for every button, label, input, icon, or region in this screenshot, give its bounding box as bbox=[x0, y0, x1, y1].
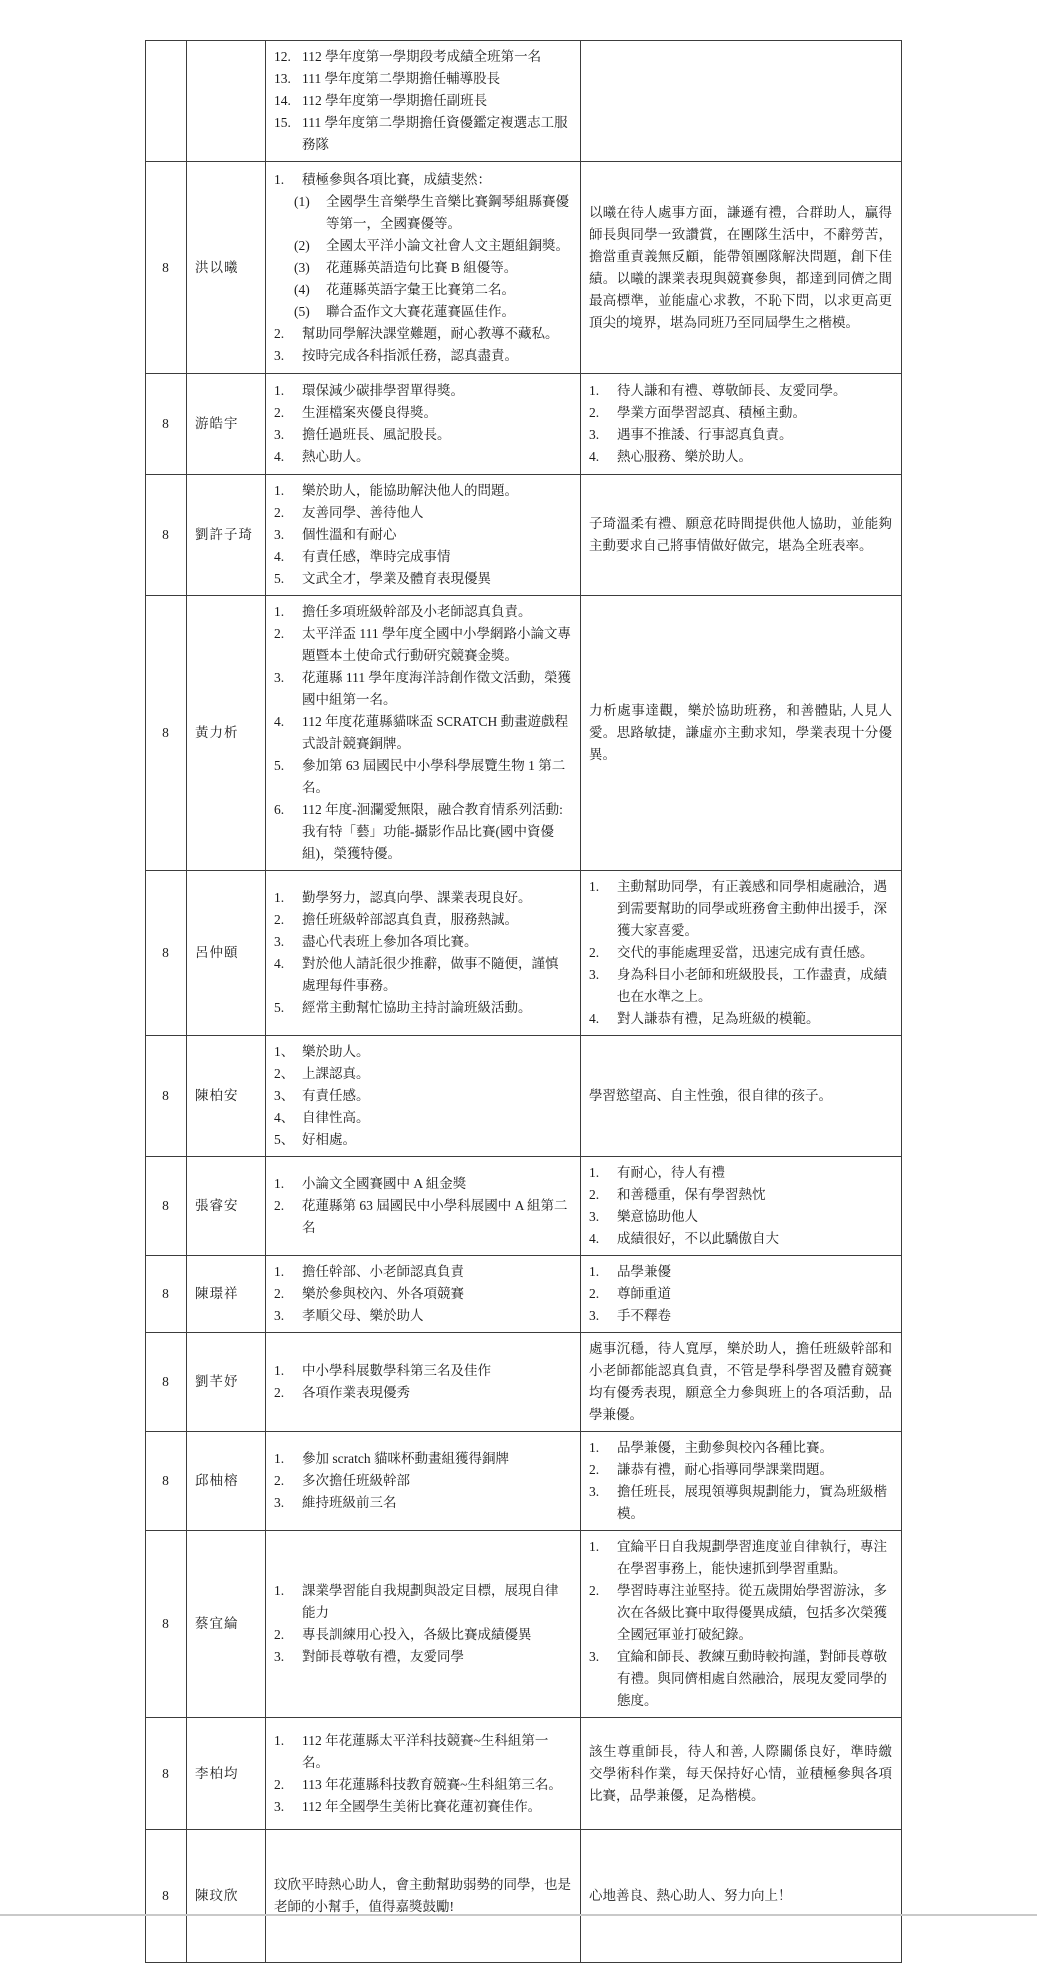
list-item-text: 友善同學、善待他人 bbox=[302, 502, 571, 524]
paragraph: 以曦在待人處事方面，謙遜有禮，合群助人，贏得師長與同學一致讚賞，在團隊生活中，不… bbox=[589, 202, 892, 334]
list-item-number: 2. bbox=[589, 402, 617, 424]
list-item-text: 品學兼優 bbox=[617, 1261, 892, 1283]
list-item: 2.和善穩重，保有學習熱忱 bbox=[589, 1184, 892, 1206]
list-item-text: 按時完成各科指派任務，認真盡責。 bbox=[302, 345, 571, 367]
list-item-text: 111 學年度第二學期擔任輔導股長 bbox=[302, 68, 571, 90]
list-item-text: 參加 scratch 貓咪杯動畫組獲得銅牌 bbox=[302, 1448, 571, 1470]
list-item-text: 品學兼優，主動參與校內各種比賽。 bbox=[617, 1437, 892, 1459]
list-item-text: 成績很好，不以此驕傲自大 bbox=[617, 1228, 892, 1250]
list-item-number: 13. bbox=[274, 68, 302, 90]
list-item: 2.幫助同學解決課堂難題，耐心教導不藏私。 bbox=[274, 323, 571, 345]
list-item-text: 遇事不推諉、行事認真負責。 bbox=[617, 424, 892, 446]
list-item: 2.太平洋盃 111 學年度全國中小學網路小論文專題暨本土使命式行動研究競賽金獎… bbox=[274, 623, 571, 667]
comments-cell: 1.宜綸平日自我規劃學習進度並自律執行，專注在學習事務上，能快速抓到學習重點。2… bbox=[581, 1531, 902, 1718]
list-item: 3.孝順父母、樂於助人 bbox=[274, 1305, 571, 1327]
grade-value: 8 bbox=[162, 527, 169, 542]
student-name: 洪以曦 bbox=[195, 260, 239, 275]
list-item-text: 盡心代表班上參加各項比賽。 bbox=[302, 931, 571, 953]
list-item-number: 2. bbox=[274, 402, 302, 424]
list-item-number: 4. bbox=[274, 446, 302, 468]
achievements-cell: 1.課業學習能自我規劃與設定目標，展現自律能力2.專長訓練用心投入，各級比賽成績… bbox=[266, 1531, 581, 1718]
comments-cell: 力析處事達觀，樂於協助班務，和善體貼, 人見人愛。思路敏捷，謙虛亦主動求知，學業… bbox=[581, 596, 902, 871]
list-item-number: 2. bbox=[274, 909, 302, 931]
list-item-number: 5. bbox=[274, 997, 302, 1019]
list-item: 1.112 年花蓮縣太平洋科技競賽~生科組第一名。 bbox=[274, 1730, 571, 1774]
student-name: 邱柚榕 bbox=[195, 1473, 239, 1488]
list-item-text: 宜綸和師長、教練互動時較拘謹，對師長尊敬有禮。與同儕相處自然融洽，展現友愛同學的… bbox=[617, 1646, 892, 1712]
grade-cell: 8 bbox=[146, 1718, 187, 1830]
table-row: 8 劉芊妤 1.中小學科展數學科第三名及佳作2.各項作業表現優秀 處事沉穩，待人… bbox=[146, 1333, 902, 1432]
table-row: 8 陳玟欣 玟欣平時熱心助人，會主動幫助弱勢的同學，也是老師的小幫手，值得嘉獎鼓… bbox=[146, 1830, 902, 1963]
comments-cell bbox=[581, 41, 902, 162]
achievements-cell: 1.參加 scratch 貓咪杯動畫組獲得銅牌2.多次擔任班級幹部3.維持班級前… bbox=[266, 1432, 581, 1531]
list-item-number: 3. bbox=[589, 1305, 617, 1327]
comments-cell: 子琦溫柔有禮、願意花時間提供他人協助，並能夠主動要求自己將事情做好做完，堪為全班… bbox=[581, 475, 902, 596]
list-item-number: (4) bbox=[294, 279, 326, 301]
list-item: (3)花蓮縣英語造句比賽 B 組優等。 bbox=[274, 257, 571, 279]
paragraph: 子琦溫柔有禮、願意花時間提供他人協助，並能夠主動要求自己將事情做好做完，堪為全班… bbox=[589, 513, 892, 557]
achievements-cell: 玟欣平時熱心助人，會主動幫助弱勢的同學，也是老師的小幫手，值得嘉獎鼓勵! bbox=[266, 1830, 581, 1963]
list-item-number: 2. bbox=[274, 323, 302, 345]
list-item: 1.主動幫助同學，有正義感和同學相處融洽，遇到需要幫助的同學或班務會主動伸出援手… bbox=[589, 876, 892, 942]
list-item-text: 有責任感。 bbox=[302, 1085, 571, 1107]
comments-cell: 1.主動幫助同學，有正義感和同學相處融洽，遇到需要幫助的同學或班務會主動伸出援手… bbox=[581, 871, 902, 1036]
list-item-number: 2. bbox=[589, 1459, 617, 1481]
list-item-text: 對於他人請託很少推辭，做事不隨便，謹慎處理每件事務。 bbox=[302, 953, 571, 997]
list-item-number: 2. bbox=[589, 1184, 617, 1206]
list-item: 2.擔任班級幹部認真負責，服務熱誠。 bbox=[274, 909, 571, 931]
list-item: 3.擔任過班長、風記股長。 bbox=[274, 424, 571, 446]
list-item-number: 2、 bbox=[274, 1063, 302, 1085]
list-item-number: 2. bbox=[274, 1774, 302, 1796]
achievements-cell: 1.小論文全國賽國中 A 組金獎2.花蓮縣第 63 屆國民中小學科展國中 A 組… bbox=[266, 1157, 581, 1256]
student-award-table-wrap: 12.112 學年度第一學期段考成績全班第一名13.111 學年度第二學期擔任輔… bbox=[145, 40, 901, 1963]
student-award-table: 12.112 學年度第一學期段考成績全班第一名13.111 學年度第二學期擔任輔… bbox=[145, 40, 902, 1963]
list-item-text: 樂於參與校內、外各項競賽 bbox=[302, 1283, 571, 1305]
achievements-cell: 12.112 學年度第一學期段考成績全班第一名13.111 學年度第二學期擔任輔… bbox=[266, 41, 581, 162]
list-item: 3.112 年全國學生美術比賽花蓮初賽佳作。 bbox=[274, 1796, 571, 1818]
list-item-text: 生涯檔案夾優良得獎。 bbox=[302, 402, 571, 424]
list-item-number: 1. bbox=[274, 1730, 302, 1752]
list-item-text: 112 學年度第一學期擔任副班長 bbox=[302, 90, 571, 112]
grade-value: 8 bbox=[162, 1198, 169, 1213]
grade-value: 8 bbox=[162, 1616, 169, 1631]
list-item-text: 學習時專注並堅持。從五歲開始學習游泳，多次在各級比賽中取得優異成績，包括多次榮獲… bbox=[617, 1580, 892, 1646]
list-item: 15.111 學年度第二學期擔任資優鑑定複選志工服務隊 bbox=[274, 112, 571, 156]
list-item: 2.113 年花蓮縣科技教育競賽~生科組第三名。 bbox=[274, 1774, 571, 1796]
list-item: 4.成績很好，不以此驕傲自大 bbox=[589, 1228, 892, 1250]
student-name-cell: 陳玟欣 bbox=[187, 1830, 266, 1963]
comments-cell: 心地善良、熱心助人、努力向上！ bbox=[581, 1830, 902, 1963]
list-item: 3.擔任班長，展現領導與規劃能力，實為班級楷模。 bbox=[589, 1481, 892, 1525]
list-item-text: 全國太平洋小論文社會人文主題組銅獎。 bbox=[326, 235, 571, 257]
grade-value: 8 bbox=[162, 1374, 169, 1389]
list-item-number: 5. bbox=[274, 568, 302, 590]
list-item-number: 1. bbox=[274, 601, 302, 623]
achievements-cell: 1.環保減少碳排學習單得獎。2.生涯檔案夾優良得獎。3.擔任過班長、風記股長。4… bbox=[266, 374, 581, 475]
student-name: 劉許子琦 bbox=[195, 527, 253, 542]
list-item-number: 2. bbox=[274, 1624, 302, 1646]
student-name: 陳柏安 bbox=[195, 1088, 239, 1103]
list-item: 3.樂意協助他人 bbox=[589, 1206, 892, 1228]
list-item-text: 各項作業表現優秀 bbox=[302, 1382, 571, 1404]
list-item-number: 1. bbox=[274, 1173, 302, 1195]
list-item: 1.擔任多項班級幹部及小老師認真負責。 bbox=[274, 601, 571, 623]
list-item: 2.學業方面學習認真、積極主動。 bbox=[589, 402, 892, 424]
list-item-number: 3. bbox=[274, 1492, 302, 1514]
grade-value: 8 bbox=[162, 1088, 169, 1103]
list-item-text: 好相處。 bbox=[302, 1129, 571, 1151]
page-bottom-divider bbox=[0, 1914, 1037, 1916]
list-item: 1、樂於助人。 bbox=[274, 1041, 571, 1063]
list-item-text: 個性溫和有耐心 bbox=[302, 524, 571, 546]
list-item-number: 2. bbox=[589, 1283, 617, 1305]
table-row: 12.112 學年度第一學期段考成績全班第一名13.111 學年度第二學期擔任輔… bbox=[146, 41, 902, 162]
list-item: 2.生涯檔案夾優良得獎。 bbox=[274, 402, 571, 424]
list-item: 2.尊師重道 bbox=[589, 1283, 892, 1305]
list-item: 3.對師長尊敬有禮，友愛同學 bbox=[274, 1646, 571, 1668]
student-name-cell: 劉芊妤 bbox=[187, 1333, 266, 1432]
list-item-number: 1. bbox=[274, 1448, 302, 1470]
list-item-text: 有責任感，準時完成事情 bbox=[302, 546, 571, 568]
list-item-text: 對師長尊敬有禮，友愛同學 bbox=[302, 1646, 571, 1668]
list-item-number: 5. bbox=[274, 755, 302, 777]
list-item: 3.維持班級前三名 bbox=[274, 1492, 571, 1514]
comments-cell: 學習慾望高、自主性強，很自律的孩子。 bbox=[581, 1036, 902, 1157]
table-row: 8 張睿安 1.小論文全國賽國中 A 組金獎2.花蓮縣第 63 屆國民中小學科展… bbox=[146, 1157, 902, 1256]
list-item-text: 自律性高。 bbox=[302, 1107, 571, 1129]
grade-cell: 8 bbox=[146, 1036, 187, 1157]
list-item-number: 3. bbox=[274, 424, 302, 446]
list-item: 2.樂於參與校內、外各項競賽 bbox=[274, 1283, 571, 1305]
student-name: 蔡宜綸 bbox=[195, 1616, 239, 1631]
grade-cell: 8 bbox=[146, 1157, 187, 1256]
list-item-text: 小論文全國賽國中 A 組金獎 bbox=[302, 1173, 571, 1195]
list-item-number: 15. bbox=[274, 112, 302, 134]
achievements-cell: 1.擔任多項班級幹部及小老師認真負責。2.太平洋盃 111 學年度全國中小學網路… bbox=[266, 596, 581, 871]
list-item: 4.有責任感，準時完成事情 bbox=[274, 546, 571, 568]
list-item-text: 尊師重道 bbox=[617, 1283, 892, 1305]
list-item: 1.勤學努力，認真向學、課業表現良好。 bbox=[274, 887, 571, 909]
list-item-text: 積極參與各項比賽，成績斐然： bbox=[302, 169, 571, 191]
student-name-cell: 陳柏安 bbox=[187, 1036, 266, 1157]
list-item: (4)花蓮縣英語字彙王比賽第二名。 bbox=[274, 279, 571, 301]
list-item-text: 112 年度-洄瀾愛無限，融合教育情系列活動:我有特「藝」功能-攝影作品比賽(國… bbox=[302, 799, 571, 865]
list-item: 1.樂於助人，能協助解決他人的問題。 bbox=[274, 480, 571, 502]
list-item: 3.盡心代表班上參加各項比賽。 bbox=[274, 931, 571, 953]
list-item-text: 參加第 63 屆國民中小學科學展覽生物 1 第二名。 bbox=[302, 755, 571, 799]
list-item-number: 1. bbox=[589, 876, 617, 898]
list-item: 2.花蓮縣第 63 屆國民中小學科展國中 A 組第二名 bbox=[274, 1195, 571, 1239]
list-item: 13.111 學年度第二學期擔任輔導股長 bbox=[274, 68, 571, 90]
list-item-number: 3. bbox=[589, 1206, 617, 1228]
comments-cell: 1.有耐心，待人有禮2.和善穩重，保有學習熱忱3.樂意協助他人4.成績很好，不以… bbox=[581, 1157, 902, 1256]
list-item-number: 12. bbox=[274, 46, 302, 68]
list-item-text: 擔任過班長、風記股長。 bbox=[302, 424, 571, 446]
list-item-text: 熱心服務、樂於助人。 bbox=[617, 446, 892, 468]
list-item-text: 多次擔任班級幹部 bbox=[302, 1470, 571, 1492]
list-item: 4.112 年度花蓮縣貓咪盃 SCRATCH 動畫遊戲程式設計競賽銅牌。 bbox=[274, 711, 571, 755]
list-item-text: 樂於助人。 bbox=[302, 1041, 571, 1063]
paragraph: 處事沉穩，待人寬厚，樂於助人，擔任班級幹部和小老師都能認真負責，不管是學科學習及… bbox=[589, 1338, 892, 1426]
list-item-number: 2. bbox=[589, 942, 617, 964]
list-item: 2.學習時專注並堅持。從五歲開始學習游泳，多次在各級比賽中取得優異成績，包括多次… bbox=[589, 1580, 892, 1646]
list-item: 1.品學兼優 bbox=[589, 1261, 892, 1283]
table-row: 8 游皓宇 1.環保減少碳排學習單得獎。2.生涯檔案夾優良得獎。3.擔任過班長、… bbox=[146, 374, 902, 475]
list-item-text: 111 學年度第二學期擔任資優鑑定複選志工服務隊 bbox=[302, 112, 571, 156]
achievements-cell: 1.樂於助人，能協助解決他人的問題。2.友善同學、善待他人3.個性溫和有耐心4.… bbox=[266, 475, 581, 596]
list-item-text: 謙恭有禮，耐心指導同學課業問題。 bbox=[617, 1459, 892, 1481]
table-row: 8 邱柚榕 1.參加 scratch 貓咪杯動畫組獲得銅牌2.多次擔任班級幹部3… bbox=[146, 1432, 902, 1531]
list-item-number: 1. bbox=[274, 1580, 302, 1602]
list-item-number: 3. bbox=[589, 1646, 617, 1668]
list-item: 5、好相處。 bbox=[274, 1129, 571, 1151]
list-item-number: 5、 bbox=[274, 1129, 302, 1151]
table-row: 8 蔡宜綸 1.課業學習能自我規劃與設定目標，展現自律能力2.專長訓練用心投入，… bbox=[146, 1531, 902, 1718]
list-item-text: 孝順父母、樂於助人 bbox=[302, 1305, 571, 1327]
table-row: 8 洪以曦 1.積極參與各項比賽，成績斐然：(1)全國學生音樂學生音樂比賽鋼琴組… bbox=[146, 162, 902, 374]
list-item-text: 宜綸平日自我規劃學習進度並自律執行，專注在學習事務上，能快速抓到學習重點。 bbox=[617, 1536, 892, 1580]
list-item-text: 聯合盃作文大賽花蓮賽區佳作。 bbox=[326, 301, 571, 323]
achievements-cell: 1.112 年花蓮縣太平洋科技競賽~生科組第一名。2.113 年花蓮縣科技教育競… bbox=[266, 1718, 581, 1830]
grade-value: 8 bbox=[162, 1888, 169, 1903]
list-item: (2)全國太平洋小論文社會人文主題組銅獎。 bbox=[274, 235, 571, 257]
list-item-number: 1. bbox=[274, 1360, 302, 1382]
list-item-number: 1. bbox=[589, 380, 617, 402]
list-item: 2、上課認真。 bbox=[274, 1063, 571, 1085]
grade-value: 8 bbox=[162, 416, 169, 431]
list-item-number: 3. bbox=[589, 964, 617, 986]
list-item-number: 3. bbox=[274, 1796, 302, 1818]
student-name: 游皓宇 bbox=[195, 416, 239, 431]
list-item-text: 全國學生音樂學生音樂比賽鋼琴組縣賽優等第一，全國賽優等。 bbox=[326, 191, 571, 235]
list-item-text: 學業方面學習認真、積極主動。 bbox=[617, 402, 892, 424]
list-item-number: 2. bbox=[274, 1382, 302, 1404]
student-name-cell: 張睿安 bbox=[187, 1157, 266, 1256]
list-item-text: 樂意協助他人 bbox=[617, 1206, 892, 1228]
table-row: 8 李柏均 1.112 年花蓮縣太平洋科技競賽~生科組第一名。2.113 年花蓮… bbox=[146, 1718, 902, 1830]
list-item-number: 4. bbox=[589, 1008, 617, 1030]
list-item: 4.熱心服務、樂於助人。 bbox=[589, 446, 892, 468]
list-item: 1.積極參與各項比賽，成績斐然： bbox=[274, 169, 571, 191]
list-item-number: 1、 bbox=[274, 1041, 302, 1063]
list-item-number: 3. bbox=[274, 931, 302, 953]
list-item: 3.身為科目小老師和班級股長，工作盡責，成績也在水準之上。 bbox=[589, 964, 892, 1008]
list-item: 3.宜綸和師長、教練互動時較拘謹，對師長尊敬有禮。與同儕相處自然融洽，展現友愛同… bbox=[589, 1646, 892, 1712]
list-item-text: 112 年全國學生美術比賽花蓮初賽佳作。 bbox=[302, 1796, 571, 1818]
list-item-text: 花蓮縣第 63 屆國民中小學科展國中 A 組第二名 bbox=[302, 1195, 571, 1239]
achievements-cell: 1、樂於助人。2、上課認真。3、有責任感。4、自律性高。5、好相處。 bbox=[266, 1036, 581, 1157]
list-item-text: 花蓮縣英語造句比賽 B 組優等。 bbox=[326, 257, 571, 279]
grade-cell: 8 bbox=[146, 871, 187, 1036]
student-name: 李柏均 bbox=[195, 1766, 239, 1781]
achievements-cell: 1.勤學努力，認真向學、課業表現良好。2.擔任班級幹部認真負責，服務熱誠。3.盡… bbox=[266, 871, 581, 1036]
grade-cell: 8 bbox=[146, 596, 187, 871]
achievements-cell: 1.擔任幹部、小老師認真負責2.樂於參與校內、外各項競賽3.孝順父母、樂於助人 bbox=[266, 1256, 581, 1333]
student-name-cell: 劉許子琦 bbox=[187, 475, 266, 596]
list-item-number: 3. bbox=[589, 424, 617, 446]
list-item-number: 1. bbox=[274, 169, 302, 191]
list-item-text: 熱心助人。 bbox=[302, 446, 571, 468]
list-item-number: 1. bbox=[589, 1162, 617, 1184]
grade-cell: 8 bbox=[146, 1531, 187, 1718]
list-item: 2.謙恭有禮，耐心指導同學課業問題。 bbox=[589, 1459, 892, 1481]
list-item-number: 4. bbox=[274, 953, 302, 975]
paragraph: 玟欣平時熱心助人，會主動幫助弱勢的同學，也是老師的小幫手，值得嘉獎鼓勵! bbox=[274, 1874, 571, 1918]
grade-value: 8 bbox=[162, 1766, 169, 1781]
list-item-number: 2. bbox=[274, 1195, 302, 1217]
list-item-text: 擔任班級幹部認真負責，服務熱誠。 bbox=[302, 909, 571, 931]
list-item: 3.個性溫和有耐心 bbox=[274, 524, 571, 546]
list-item-text: 待人謙和有禮、尊敬師長、友愛同學。 bbox=[617, 380, 892, 402]
list-item: 5.文武全才，學業及體育表現優異 bbox=[274, 568, 571, 590]
student-name-cell bbox=[187, 41, 266, 162]
list-item-number: 2. bbox=[274, 1283, 302, 1305]
list-item: 1.待人謙和有禮、尊敬師長、友愛同學。 bbox=[589, 380, 892, 402]
list-item: 4、自律性高。 bbox=[274, 1107, 571, 1129]
list-item-number: 3. bbox=[589, 1481, 617, 1503]
list-item-number: 1. bbox=[589, 1536, 617, 1558]
list-item-text: 文武全才，學業及體育表現優異 bbox=[302, 568, 571, 590]
table-row: 8 呂仲頤 1.勤學努力，認真向學、課業表現良好。2.擔任班級幹部認真負責，服務… bbox=[146, 871, 902, 1036]
list-item: 6.112 年度-洄瀾愛無限，融合教育情系列活動:我有特「藝」功能-攝影作品比賽… bbox=[274, 799, 571, 865]
student-name: 呂仲頤 bbox=[195, 945, 239, 960]
list-item-number: (2) bbox=[294, 235, 326, 257]
grade-value: 8 bbox=[162, 725, 169, 740]
list-item-number: 1. bbox=[589, 1261, 617, 1283]
grade-cell: 8 bbox=[146, 1256, 187, 1333]
list-item-text: 樂於助人，能協助解決他人的問題。 bbox=[302, 480, 571, 502]
list-item: 3.按時完成各科指派任務，認真盡責。 bbox=[274, 345, 571, 367]
list-item-number: 4. bbox=[274, 711, 302, 733]
achievements-cell: 1.中小學科展數學科第三名及佳作2.各項作業表現優秀 bbox=[266, 1333, 581, 1432]
student-name-cell: 游皓宇 bbox=[187, 374, 266, 475]
list-item-text: 有耐心，待人有禮 bbox=[617, 1162, 892, 1184]
list-item-text: 112 學年度第一學期段考成績全班第一名 bbox=[302, 46, 571, 68]
list-item-number: 14. bbox=[274, 90, 302, 112]
student-name-cell: 李柏均 bbox=[187, 1718, 266, 1830]
list-item-text: 主動幫助同學，有正義感和同學相處融洽，遇到需要幫助的同學或班務會主動伸出援手，深… bbox=[617, 876, 892, 942]
list-item-text: 112 年度花蓮縣貓咪盃 SCRATCH 動畫遊戲程式設計競賽銅牌。 bbox=[302, 711, 571, 755]
list-item-number: 3. bbox=[274, 345, 302, 367]
list-item-text: 維持班級前三名 bbox=[302, 1492, 571, 1514]
list-item: 1.環保減少碳排學習單得獎。 bbox=[274, 380, 571, 402]
table-row: 8 劉許子琦 1.樂於助人，能協助解決他人的問題。2.友善同學、善待他人3.個性… bbox=[146, 475, 902, 596]
list-item-text: 擔任班長，展現領導與規劃能力，實為班級楷模。 bbox=[617, 1481, 892, 1525]
student-name-cell: 蔡宜綸 bbox=[187, 1531, 266, 1718]
grade-cell: 8 bbox=[146, 1333, 187, 1432]
list-item: 1.有耐心，待人有禮 bbox=[589, 1162, 892, 1184]
table-row: 8 陳柏安 1、樂於助人。2、上課認真。3、有責任感。4、自律性高。5、好相處。… bbox=[146, 1036, 902, 1157]
student-name-cell: 邱柚榕 bbox=[187, 1432, 266, 1531]
grade-value: 8 bbox=[162, 1473, 169, 1488]
student-name-cell: 洪以曦 bbox=[187, 162, 266, 374]
list-item-number: 2. bbox=[589, 1580, 617, 1602]
list-item-number: 3. bbox=[274, 524, 302, 546]
list-item-number: (1) bbox=[294, 191, 326, 213]
student-name-cell: 黃力析 bbox=[187, 596, 266, 871]
grade-cell: 8 bbox=[146, 162, 187, 374]
list-item-number: 3. bbox=[274, 1305, 302, 1327]
list-item-number: 6. bbox=[274, 799, 302, 821]
list-item: 2.交代的事能處理妥當，迅速完成有責任感。 bbox=[589, 942, 892, 964]
list-item: 1.參加 scratch 貓咪杯動畫組獲得銅牌 bbox=[274, 1448, 571, 1470]
list-item-number: (3) bbox=[294, 257, 326, 279]
list-item: 1.品學兼優，主動參與校內各種比賽。 bbox=[589, 1437, 892, 1459]
list-item-number: 1. bbox=[274, 887, 302, 909]
grade-value: 8 bbox=[162, 1286, 169, 1301]
comments-cell: 1.待人謙和有禮、尊敬師長、友愛同學。2.學業方面學習認真、積極主動。3.遇事不… bbox=[581, 374, 902, 475]
list-item-text: 環保減少碳排學習單得獎。 bbox=[302, 380, 571, 402]
list-item: 14.112 學年度第一學期擔任副班長 bbox=[274, 90, 571, 112]
paragraph: 心地善良、熱心助人、努力向上！ bbox=[589, 1885, 892, 1907]
list-item-text: 和善穩重，保有學習熱忱 bbox=[617, 1184, 892, 1206]
list-item: 1.課業學習能自我規劃與設定目標，展現自律能力 bbox=[274, 1580, 571, 1624]
list-item: 1.小論文全國賽國中 A 組金獎 bbox=[274, 1173, 571, 1195]
grade-cell: 8 bbox=[146, 1830, 187, 1963]
list-item-text: 太平洋盃 111 學年度全國中小學網路小論文專題暨本土使命式行動研究競賽金獎。 bbox=[302, 623, 571, 667]
list-item: 4.對人謙恭有禮，足為班級的模範。 bbox=[589, 1008, 892, 1030]
list-item-number: 4. bbox=[589, 1228, 617, 1250]
list-item-text: 112 年花蓮縣太平洋科技競賽~生科組第一名。 bbox=[302, 1730, 571, 1774]
list-item: 1.中小學科展數學科第三名及佳作 bbox=[274, 1360, 571, 1382]
list-item: 4.對於他人請託很少推辭，做事不隨便，謹慎處理每件事務。 bbox=[274, 953, 571, 997]
student-name: 張睿安 bbox=[195, 1198, 239, 1213]
grade-cell: 8 bbox=[146, 374, 187, 475]
list-item-text: 上課認真。 bbox=[302, 1063, 571, 1085]
list-item-number: 2. bbox=[274, 502, 302, 524]
list-item-text: 勤學努力，認真向學、課業表現良好。 bbox=[302, 887, 571, 909]
list-item: 2.專長訓練用心投入，各級比賽成績優異 bbox=[274, 1624, 571, 1646]
list-item: 2.友善同學、善待他人 bbox=[274, 502, 571, 524]
list-item-text: 中小學科展數學科第三名及佳作 bbox=[302, 1360, 571, 1382]
list-item-text: 對人謙恭有禮，足為班級的模範。 bbox=[617, 1008, 892, 1030]
list-item: 3.遇事不推諉、行事認真負責。 bbox=[589, 424, 892, 446]
list-item-number: 1. bbox=[589, 1437, 617, 1459]
grade-cell: 8 bbox=[146, 475, 187, 596]
list-item-number: 4、 bbox=[274, 1107, 302, 1129]
list-item: 2.各項作業表現優秀 bbox=[274, 1382, 571, 1404]
list-item-number: 4. bbox=[274, 546, 302, 568]
list-item-number: 3. bbox=[274, 667, 302, 689]
list-item: 3.手不釋卷 bbox=[589, 1305, 892, 1327]
list-item-number: 3、 bbox=[274, 1085, 302, 1107]
list-item-text: 113 年花蓮縣科技教育競賽~生科組第三名。 bbox=[302, 1774, 571, 1796]
list-item-number: 2. bbox=[274, 1470, 302, 1492]
list-item: 3.花蓮縣 111 學年度海洋詩創作徵文活動，榮獲國中組第一名。 bbox=[274, 667, 571, 711]
comments-cell: 以曦在待人處事方面，謙遜有禮，合群助人，贏得師長與同學一致讚賞，在團隊生活中，不… bbox=[581, 162, 902, 374]
list-item-text: 花蓮縣英語字彙王比賽第二名。 bbox=[326, 279, 571, 301]
list-item: 5.經常主動幫忙協助主持討論班級活動。 bbox=[274, 997, 571, 1019]
grade-value: 8 bbox=[162, 260, 169, 275]
list-item-text: 課業學習能自我規劃與設定目標，展現自律能力 bbox=[302, 1580, 571, 1624]
student-name: 陳璟祥 bbox=[195, 1286, 239, 1301]
list-item-text: 手不釋卷 bbox=[617, 1305, 892, 1327]
comments-cell: 1.品學兼優2.尊師重道3.手不釋卷 bbox=[581, 1256, 902, 1333]
list-item-text: 花蓮縣 111 學年度海洋詩創作徵文活動，榮獲國中組第一名。 bbox=[302, 667, 571, 711]
list-item-text: 擔任多項班級幹部及小老師認真負責。 bbox=[302, 601, 571, 623]
student-name-cell: 呂仲頤 bbox=[187, 871, 266, 1036]
grade-cell: 8 bbox=[146, 1432, 187, 1531]
paragraph: 學習慾望高、自主性強，很自律的孩子。 bbox=[589, 1085, 892, 1107]
list-item-text: 幫助同學解決課堂難題，耐心教導不藏私。 bbox=[302, 323, 571, 345]
list-item: 2.多次擔任班級幹部 bbox=[274, 1470, 571, 1492]
list-item-number: 1. bbox=[274, 1261, 302, 1283]
comments-cell: 該生尊重師長，待人和善, 人際關係良好，準時繳交學術科作業，每天保持好心情，並積… bbox=[581, 1718, 902, 1830]
list-item-text: 專長訓練用心投入，各級比賽成績優異 bbox=[302, 1624, 571, 1646]
list-item: 1.擔任幹部、小老師認真負責 bbox=[274, 1261, 571, 1283]
table-row: 8 陳璟祥 1.擔任幹部、小老師認真負責2.樂於參與校內、外各項競賽3.孝順父母… bbox=[146, 1256, 902, 1333]
